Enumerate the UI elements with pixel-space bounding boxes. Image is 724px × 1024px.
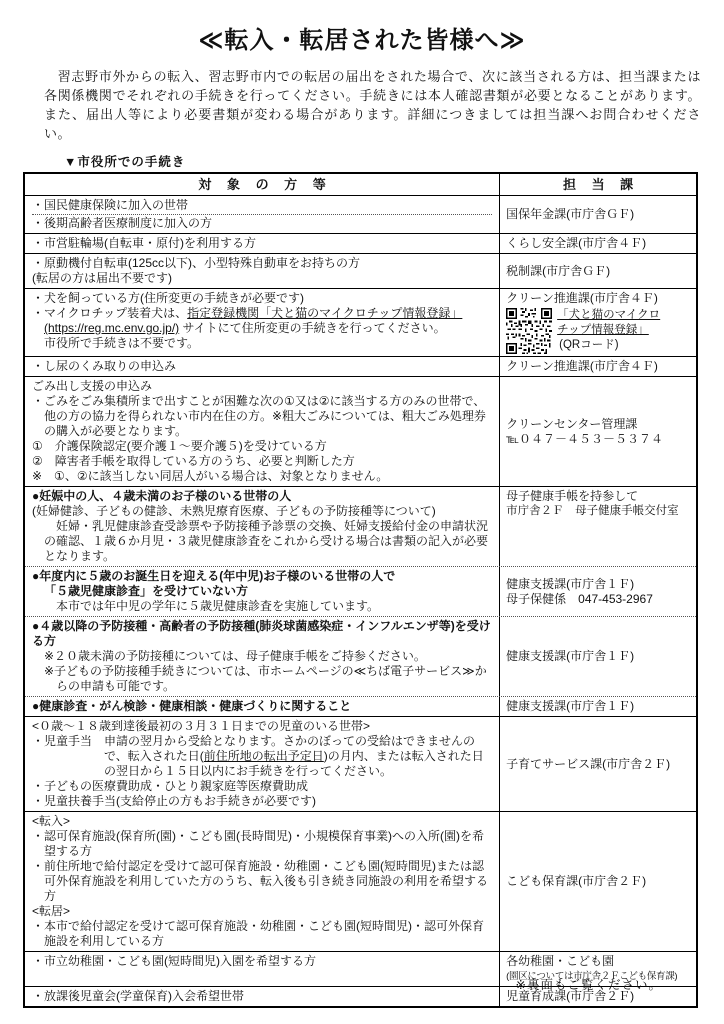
department-cell: こども保育課(市庁舎２Ｆ) xyxy=(499,812,696,951)
table-header-row: 対象の方等 担当課 xyxy=(25,174,696,195)
target-cell: ・市営駐輪場(自転車・原付)を利用する方 xyxy=(25,234,499,253)
department-cell: 国保年金課(市庁舎ＧＦ) xyxy=(499,196,696,233)
department-line: ℡０４７－４５３－５３７４ xyxy=(506,432,690,447)
target-cell: ・犬を飼っている方(住所変更の手続きが必要です)・マイクロチップ装着犬は、指定登… xyxy=(25,289,499,356)
department-cell: くらし安全課(市庁舎４Ｆ) xyxy=(499,234,696,253)
department-cell: クリーン推進課(市庁舎４Ｆ) xyxy=(499,357,696,376)
department-cell: 母子健康手帳を持参して市庁舎２Ｆ 母子健康手帳交付室 xyxy=(499,487,696,566)
target-cell: ・市立幼稚園・こども園(短時間児)入園を希望する方 xyxy=(25,952,499,986)
table-row: ・犬を飼っている方(住所変更の手続きが必要です)・マイクロチップ装着犬は、指定登… xyxy=(25,288,696,356)
table-row: ・し尿のくみ取りの申込みクリーン推進課(市庁舎４Ｆ) xyxy=(25,356,696,376)
procedures-table-body: ・国民健康保険に加入の世帯・後期高齢者医療制度に加入の方国保年金課(市庁舎ＧＦ)… xyxy=(25,195,696,1006)
target-line: <転居> xyxy=(32,904,492,919)
target-line: ・後期高齢者医療制度に加入の方 xyxy=(32,216,492,231)
department-line: 母子健康手帳を持参して xyxy=(506,489,690,504)
department-line: 各幼稚園・こども園 xyxy=(506,954,690,969)
target-line: ・市立幼稚園・こども園(短時間児)入園を希望する方 xyxy=(32,954,492,969)
target-line: ・認可保育施設(保育所(園)・こども園(長時間児)・小規模保育事業)への入所(園… xyxy=(32,829,492,859)
department-line: 健康支援課(市庁舎１Ｆ) xyxy=(506,577,690,592)
target-cell: ●４歳以降の予防接種・高齢者の予防接種(肺炎球菌感染症・インフルエンザ等)を受け… xyxy=(25,617,499,696)
department-cell: 健康支援課(市庁舎１Ｆ) xyxy=(499,697,696,716)
department-cell: クリーンセンター管理課℡０４７－４５３－５３７４ xyxy=(499,377,696,486)
department-line: 母子保健係 047-453-2967 xyxy=(506,592,690,607)
header-department-cell: 担当課 xyxy=(499,174,696,195)
target-line: ●４歳以降の予防接種・高齢者の予防接種(肺炎球菌感染症・インフルエンザ等)を受け… xyxy=(32,619,492,649)
table-row: ・市営駐輪場(自転車・原付)を利用する方くらし安全課(市庁舎４Ｆ) xyxy=(25,233,696,253)
target-line: ※ ①、②に該当しない同居人がいる場合は、対象となりません。 xyxy=(32,469,492,484)
target-line: ※２０歳未満の予防接種については、母子健康手帳をご持参ください。 xyxy=(32,649,492,664)
target-line: ●年度内に５歳のお誕生日を迎える(年中児)お子様のいる世帯の人で xyxy=(32,569,492,584)
department-line: クリーン推進課(市庁舎４Ｆ) xyxy=(506,291,690,306)
department-line: 健康支援課(市庁舎１Ｆ) xyxy=(506,649,690,664)
target-cell: <転入>・認可保育施設(保育所(園)・こども園(長時間児)・小規模保育事業)への… xyxy=(25,812,499,951)
target-cell: ごみ出し支援の申込み・ごみをごみ集積所まで出すことが困難な次の①又は②に該当する… xyxy=(25,377,499,486)
qr-block: 「犬と猫のマイクロチップ情報登録」(QRコード) xyxy=(506,308,690,354)
header-target-label: 対象の方等 xyxy=(198,177,341,192)
document-page: ≪転入・転居された皆様へ≫ 習志野市外からの転入、習志野市内での転居の届出をされ… xyxy=(0,0,724,1024)
qr-caption: 「犬と猫のマイクロチップ情報登録」(QRコード) xyxy=(557,308,665,353)
target-line: 市役所で手続きは不要です。 xyxy=(32,336,492,351)
target-line: ・前住所地で給付認定を受けて認可保育施設・幼稚園・こども園(短時間児)または認可… xyxy=(32,859,492,904)
table-row: ・原動機付自転車(125cc以下)、小型特殊自動車をお持ちの方(転居の方は届出不… xyxy=(25,253,696,288)
target-line: ※子どもの予防接種手続きについては、市ホームページの≪ちば電子サービス≫からの申… xyxy=(32,664,492,694)
emphasis-text: ●妊娠中の人、４歳未満のお子様のいる世帯の人 xyxy=(32,489,291,503)
department-line: 子育てサービス課(市庁舎２Ｆ) xyxy=(506,757,690,772)
qr-code-image xyxy=(506,308,552,354)
target-line: ② 障害者手帳を取得している方のうち、必要と判断した方 xyxy=(32,454,492,469)
section-label: ▼市役所での手続き xyxy=(64,152,724,170)
emphasis-text: ●健康診査・がん検診・健康相談・健康づくりに関すること xyxy=(32,699,351,713)
target-line: ・放課後児童会(学童保育)入会希望世帯 xyxy=(32,989,492,1004)
target-line: ・児童手当 申請の翌月から受給となります。さかのぼっての受給はできませんので、転… xyxy=(32,734,492,779)
target-line: (転居の方は届出不要です) xyxy=(32,271,492,286)
target-cell: ●年度内に５歳のお誕生日を迎える(年中児)お子様のいる世帯の人で「５歳児健康診査… xyxy=(25,567,499,616)
target-cell: ●妊娠中の人、４歳未満のお子様のいる世帯の人(妊婦健診、子どもの健診、未熟児療育… xyxy=(25,487,499,566)
emphasis-text: 「５歳児健康診査」を受けていない方 xyxy=(44,584,248,598)
target-line: 「５歳児健康診査」を受けていない方 xyxy=(32,584,492,599)
page-title: ≪転入・転居された皆様へ≫ xyxy=(0,0,724,55)
target-line: ・市営駐輪場(自転車・原付)を利用する方 xyxy=(32,236,492,251)
qr-caption-sub: (QRコード) xyxy=(557,338,665,353)
target-cell: ・し尿のくみ取りの申込み xyxy=(25,357,499,376)
department-line: クリーン推進課(市庁舎４Ｆ) xyxy=(506,359,690,374)
department-cell: 税制課(市庁舎ＧＦ) xyxy=(499,254,696,288)
underlined-text: 指定登録機関「犬と猫のマイクロチップ情報登録」 xyxy=(187,306,462,320)
target-line: ・国民健康保険に加入の世帯 xyxy=(32,198,492,215)
target-line: <０歳～１８歳到達後最初の３月３１日までの児童のいる世帯> xyxy=(32,719,492,734)
department-line: クリーンセンター管理課 xyxy=(506,417,690,432)
table-row: <０歳～１８歳到達後最初の３月３１日までの児童のいる世帯>・児童手当 申請の翌月… xyxy=(25,716,696,811)
target-line: ・原動機付自転車(125cc以下)、小型特殊自動車をお持ちの方 xyxy=(32,256,492,271)
table-row: ・国民健康保険に加入の世帯・後期高齢者医療制度に加入の方国保年金課(市庁舎ＧＦ) xyxy=(25,195,696,233)
table-row: ●４歳以降の予防接種・高齢者の予防接種(肺炎球菌感染症・インフルエンザ等)を受け… xyxy=(25,616,696,696)
target-line: 本市では年中児の学年に５歳児健康診査を実施しています。 xyxy=(32,599,492,614)
department-cell: 子育てサービス課(市庁舎２Ｆ) xyxy=(499,717,696,811)
target-line: ●妊娠中の人、４歳未満のお子様のいる世帯の人 xyxy=(32,489,492,504)
target-cell: <０歳～１８歳到達後最初の３月３１日までの児童のいる世帯>・児童手当 申請の翌月… xyxy=(25,717,499,811)
table-row: ●年度内に５歳のお誕生日を迎える(年中児)お子様のいる世帯の人で「５歳児健康診査… xyxy=(25,566,696,616)
department-line: こども保育課(市庁舎２Ｆ) xyxy=(506,874,690,889)
underlined-text: 前住所地の転出予定日 xyxy=(204,749,324,763)
department-cell: 健康支援課(市庁舎１Ｆ)母子保健係 047-453-2967 xyxy=(499,567,696,616)
target-line: <転入> xyxy=(32,814,492,829)
target-line: ・し尿のくみ取りの申込み xyxy=(32,359,492,374)
target-line: ごみ出し支援の申込み xyxy=(32,379,492,394)
target-line: ・本市で給付認定を受けて認可保育施設・幼稚園・こども園(短時間児)・認可外保育施… xyxy=(32,919,492,949)
header-target-cell: 対象の方等 xyxy=(25,174,499,195)
emphasis-text: ●４歳以降の予防接種・高齢者の予防接種(肺炎球菌感染症・インフルエンザ等)を受け… xyxy=(32,619,491,648)
target-line: ●健康診査・がん検診・健康相談・健康づくりに関すること xyxy=(32,699,492,714)
target-line: ・児童扶養手当(支給停止の方もお手続きが必要です) xyxy=(32,794,492,809)
target-line: ・ごみをごみ集積所まで出すことが困難な次の①又は②に該当する方のみの世帯で、他の… xyxy=(32,394,492,439)
target-line: 妊婦・乳児健康診査受診票や予防接種予診票の交換、妊婦支援給付金の申請状況の確認、… xyxy=(32,519,492,564)
department-line: 市庁舎２Ｆ 母子健康手帳交付室 xyxy=(506,504,690,519)
department-line: 健康支援課(市庁舎１Ｆ) xyxy=(506,699,690,714)
table-row: ●妊娠中の人、４歳未満のお子様のいる世帯の人(妊婦健診、子どもの健診、未熟児療育… xyxy=(25,486,696,566)
target-line: ・子どもの医療費助成・ひとり親家庭等医療費助成 xyxy=(32,779,492,794)
target-cell: ・国民健康保険に加入の世帯・後期高齢者医療制度に加入の方 xyxy=(25,196,499,233)
table-row: ごみ出し支援の申込み・ごみをごみ集積所まで出すことが困難な次の①又は②に該当する… xyxy=(25,376,696,486)
target-line: ・犬を飼っている方(住所変更の手続きが必要です) xyxy=(32,291,492,306)
department-cell: 健康支援課(市庁舎１Ｆ) xyxy=(499,617,696,696)
table-row: <転入>・認可保育施設(保育所(園)・こども園(長時間児)・小規模保育事業)への… xyxy=(25,811,696,951)
table-row: ●健康診査・がん検診・健康相談・健康づくりに関すること健康支援課(市庁舎１Ｆ) xyxy=(25,696,696,716)
department-line: くらし安全課(市庁舎４Ｆ) xyxy=(506,236,690,251)
underlined-text: (https://reg.mc.env.go.jp/) xyxy=(44,321,179,335)
department-cell: クリーン推進課(市庁舎４Ｆ) 「犬と猫のマイクロチップ情報登録」(QRコード) xyxy=(499,289,696,356)
qr-caption-text: 「犬と猫のマイクロチップ情報登録」 xyxy=(557,308,665,338)
target-cell: ●健康診査・がん検診・健康相談・健康づくりに関すること xyxy=(25,697,499,716)
target-cell: ・放課後児童会(学童保育)入会希望世帯 xyxy=(25,987,499,1006)
target-line: ① 介護保険認定(要介護１～要介護５)を受けている方 xyxy=(32,439,492,454)
department-line: 税制課(市庁舎ＧＦ) xyxy=(506,264,690,279)
department-line: 国保年金課(市庁舎ＧＦ) xyxy=(506,207,690,222)
procedures-table: 対象の方等 担当課 ・国民健康保険に加入の世帯・後期高齢者医療制度に加入の方国保… xyxy=(23,172,698,1008)
header-department-label: 担当課 xyxy=(563,177,649,192)
target-line: (妊婦健診、子どもの健診、未熟児療育医療、子どもの予防接種等について) xyxy=(32,504,492,519)
footer-note: ※裏面もご覧ください。 xyxy=(516,975,662,993)
emphasis-text: ●年度内に５歳のお誕生日を迎える(年中児)お子様のいる世帯の人で xyxy=(32,569,395,583)
target-cell: ・原動機付自転車(125cc以下)、小型特殊自動車をお持ちの方(転居の方は届出不… xyxy=(25,254,499,288)
target-line: ・マイクロチップ装着犬は、指定登録機関「犬と猫のマイクロチップ情報登録」(htt… xyxy=(32,306,492,336)
intro-paragraph: 習志野市外からの転入、習志野市内での転居の届出をされた場合で、次に該当される方は… xyxy=(44,67,701,143)
